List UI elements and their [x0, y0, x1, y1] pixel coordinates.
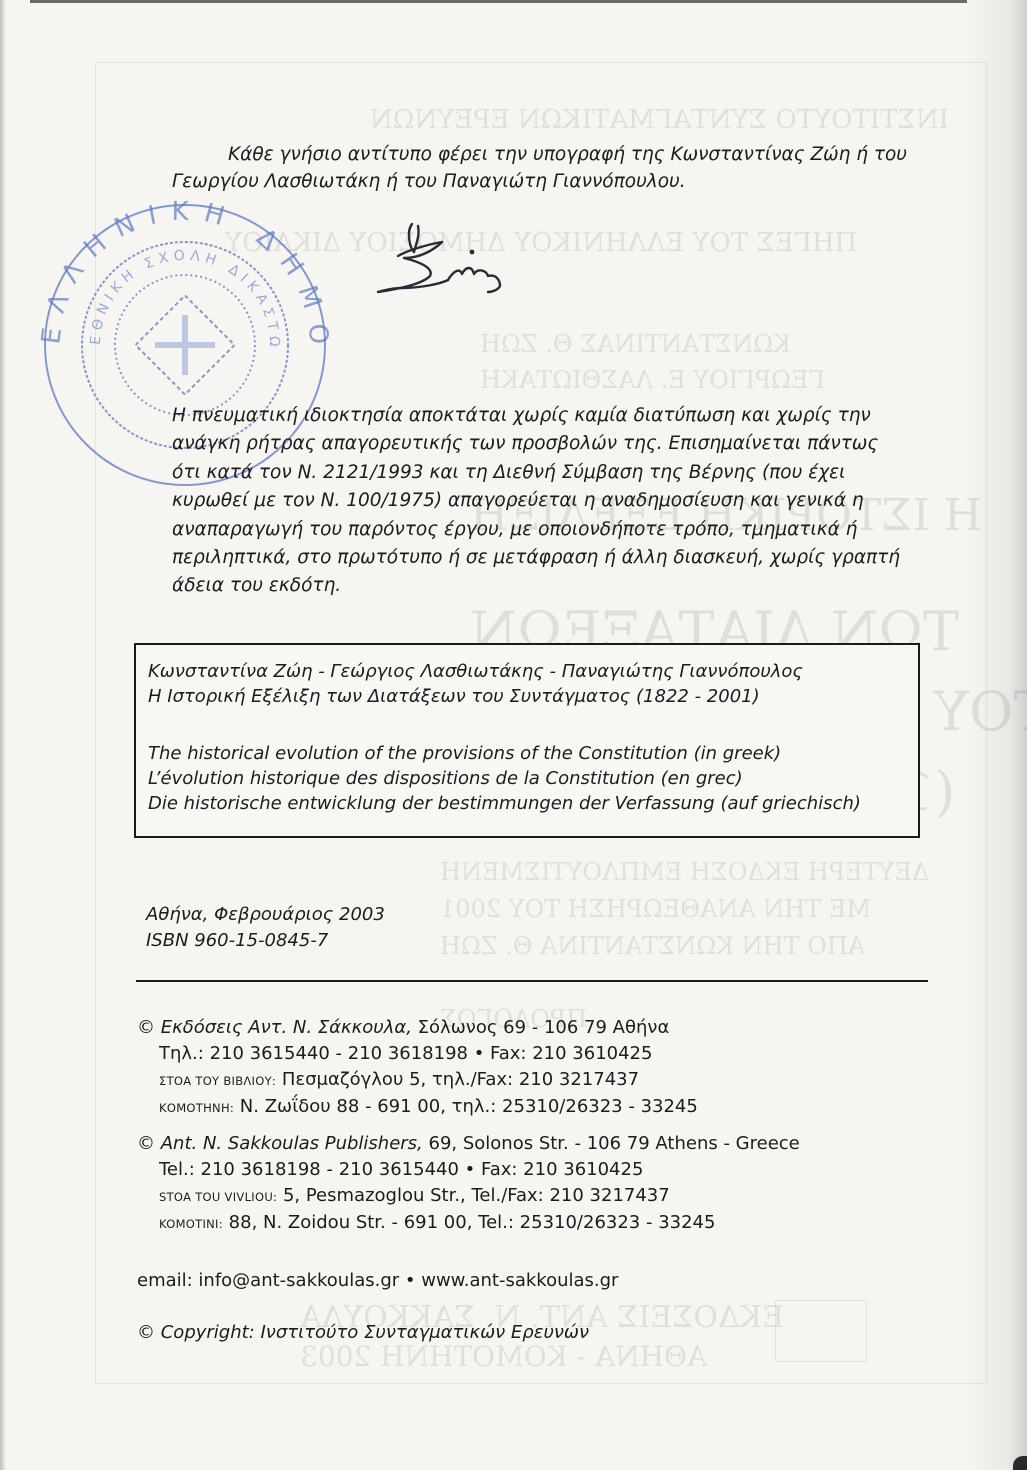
- email-web-text: email: info@ant-sakkoulas.gr • www.ant-s…: [137, 1268, 618, 1294]
- show-through-publisher-logo: [775, 1300, 867, 1362]
- publisher-name: Εκδόσεις Αντ. Ν. Σάκκουλα,: [161, 1017, 412, 1038]
- copyright-symbol: ©: [137, 1017, 155, 1038]
- translated-titles-block: The historical evolution of the provisio…: [148, 741, 861, 816]
- show-through-line: ΙΝΣΤΙΤΟΥΤΟ ΣΥΝΤΑΓΜΑΤΙΚΩΝ ΕΡΕΥΝΩΝ: [370, 105, 949, 135]
- copyright-symbol: ©: [137, 1133, 155, 1154]
- copyright-holder: Ινστιτούτο Συνταγματικών Ερευνών: [261, 1322, 590, 1343]
- copyright-legal-notice: Η πνευματική ιδιοκτησία αποκτάται χωρίς …: [172, 402, 932, 601]
- french-title-line: L’évolution historique des dispositions …: [148, 766, 861, 791]
- authenticity-notice: Κάθε γνήσιο αντίτυπο φέρει την υπογραφή …: [172, 141, 932, 195]
- show-through-line: ΑΠΟ ΤΗΝ ΚΩΝΣΤΑΝΤΙΝΑ Θ. ΖΩΗ: [440, 932, 865, 960]
- publication-info: Αθήνα, Φεβρουάριος 2003 ISBN 960-15-0845…: [146, 902, 385, 954]
- komotini-label: KOMOTINI:: [159, 1217, 223, 1231]
- stoa-label: ΣΤΟΑ ΤΟΥ ΒΙΒΛΙΟΥ:: [159, 1074, 276, 1088]
- komotini-value: 88, N. Zoidou Str. - 691 00, Tel.: 25310…: [223, 1212, 716, 1233]
- greek-title-line: Η Ιστορική Εξέλιξη των Διατάξεων του Συν…: [148, 684, 803, 709]
- notice-line: Γεωργίου Λασθιωτάκη ή του Παναγιώτη Γιαν…: [172, 168, 932, 195]
- publisher-phone: Τηλ.: 210 3615440 - 210 3618198 • Fax: 2…: [137, 1041, 698, 1067]
- bibliographic-title-box: Κωνσταντίνα Ζώη - Γεώργιος Λασθιωτάκης -…: [134, 643, 920, 838]
- german-title-line: Die historische entwicklung der bestimmu…: [148, 791, 861, 816]
- komotini-label: ΚΟΜΟΤΗΝΗ:: [159, 1101, 234, 1115]
- horizontal-rule: [136, 980, 928, 982]
- legal-line: ανάγκη ρήτρας απαγορευτικής των προσβολώ…: [172, 430, 932, 458]
- stoa-label: STOA TOU VIVLIOU:: [159, 1190, 277, 1204]
- show-through-line: ΜΕ ΤΗΝ ΑΝΑΘΕΩΡΗΣΗ ΤΟΥ 2001: [440, 895, 871, 923]
- isbn: ISBN 960-15-0845-7: [146, 928, 385, 954]
- show-through-line: ΚΩΝΣΤΑΝΤΙΝΑΣ Θ. ΖΩΗ: [480, 330, 791, 358]
- email-web-line: email: info@ant-sakkoulas.gr • www.ant-s…: [137, 1268, 618, 1294]
- page-top-edge: [30, 0, 1010, 3]
- page-left-shadow: [0, 0, 6, 1470]
- handwritten-signature: [350, 212, 550, 312]
- legal-line: περιληπτικά, στο πρωτότυπο ή σε μετάφρασ…: [172, 544, 932, 572]
- stoa-value: 5, Pesmazoglou Str., Tel./Fax: 210 32174…: [277, 1185, 669, 1206]
- notice-line: Κάθε γνήσιο αντίτυπο φέρει την υπογραφή …: [172, 141, 932, 168]
- publisher-address: Σόλωνος 69 - 106 79 Αθήνα: [412, 1017, 669, 1038]
- legal-line: αναπαραγωγή του παρόντος έργου, με οποιο…: [172, 516, 932, 544]
- legal-line: κυρωθεί με τον Ν. 100/1975) απαγορεύεται…: [172, 487, 932, 515]
- publisher-english-block: © Ant. N. Sakkoulas Publishers, 69, Solo…: [137, 1131, 800, 1237]
- show-through-line: ΓΕΩΡΓΙΟΥ Ε. ΛΑΣΘΙΩΤΑΚΗ: [480, 366, 825, 394]
- authors-line: Κωνσταντίνα Ζώη - Γεώργιος Λασθιωτάκης -…: [148, 659, 803, 684]
- publisher-name: Ant. N. Sakkoulas Publishers,: [161, 1133, 423, 1154]
- publisher-phone: Tel.: 210 3618198 - 210 3615440 • Fax: 2…: [137, 1157, 800, 1183]
- komotini-value: Ν. Ζωΐδου 88 - 691 00, τηλ.: 25310/26323…: [234, 1096, 698, 1117]
- english-title-line: The historical evolution of the provisio…: [148, 741, 861, 766]
- legal-line: άδεια του εκδότη.: [172, 572, 932, 600]
- show-through-line: ΔΕΥΤΕΡΗ ΕΚΔΟΣΗ ΕΜΠΛΟΥΤΙΣΜΕΝΗ: [440, 858, 929, 886]
- copyright-label: Copyright:: [161, 1322, 255, 1343]
- page-corner: [1013, 1456, 1027, 1470]
- greek-title-block: Κωνσταντίνα Ζώη - Γεώργιος Λασθιωτάκης -…: [148, 659, 803, 709]
- copyright-holder-line: © Copyright: Ινστιτούτο Συνταγματικών Ερ…: [137, 1320, 589, 1346]
- legal-line: Η πνευματική ιδιοκτησία αποκτάται χωρίς …: [172, 402, 932, 430]
- stoa-value: Πεσμαζόγλου 5, τηλ./Fax: 210 3217437: [276, 1069, 639, 1090]
- publisher-greek-block: © Εκδόσεις Αντ. Ν. Σάκκουλα, Σόλωνος 69 …: [137, 1015, 698, 1121]
- copyright-symbol: ©: [137, 1322, 155, 1343]
- publisher-address: 69, Solonos Str. - 106 79 Athens - Greec…: [423, 1133, 800, 1154]
- legal-line: ότι κατά τον Ν. 2121/1993 και τη Διεθνή …: [172, 459, 932, 487]
- place-date: Αθήνα, Φεβρουάριος 2003: [146, 902, 385, 928]
